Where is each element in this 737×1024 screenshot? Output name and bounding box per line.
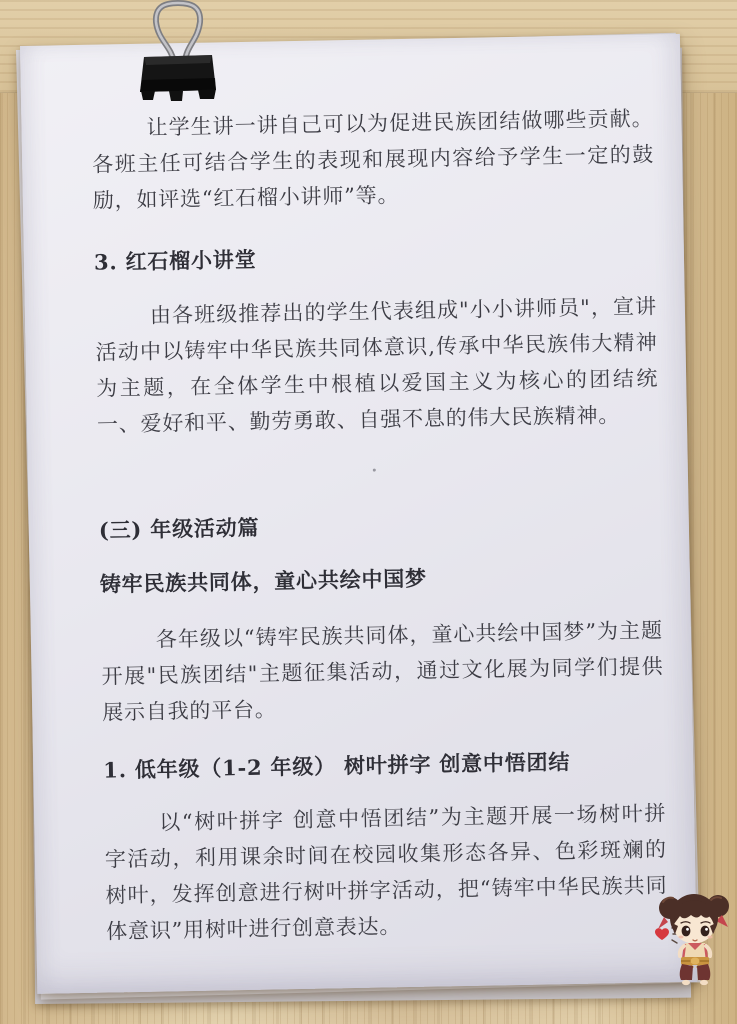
chibi-girl-sticker — [650, 884, 734, 988]
binder-clip-icon — [128, 0, 228, 104]
paragraph-lecture: 由各班级推荐出的学生代表组成"小小讲师员"，宣讲活动中以铸牢中华民族共同体意识,… — [95, 288, 660, 442]
heading-grade-activities-section: (三) 年级活动篇 — [99, 502, 662, 548]
document-page: 让学生讲一讲自己可以为促进民族团结做哪些贡献。各班主任可结合学生的表现和展现内容… — [20, 34, 697, 994]
paragraph-theme: 各年级以“铸牢民族共同体，童心共绘中国梦”为主题开展"民族团结"主题征集活动，通… — [101, 612, 665, 730]
heading-lower-grade-activity: 1. 低年级（1-2 年级） 树叶拼字 创意中悟团结 — [103, 742, 666, 788]
heading-theme-slogan: 铸牢民族共同体，童心共绘中国梦 — [100, 556, 663, 602]
paper-speck — [373, 469, 376, 472]
paragraph-intro: 让学生讲一讲自己可以为促进民族团结做哪些贡献。各班主任可结合学生的表现和展现内容… — [91, 100, 655, 218]
paragraph-leaf-activity: 以“树叶拼字 创意中悟团结”为主题开展一场树叶拼字活动，利用课余时间在校园收集形… — [104, 795, 669, 949]
document-text: 让学生讲一讲自己可以为促进民族团结做哪些贡献。各班主任可结合学生的表现和展现内容… — [20, 34, 696, 951]
heading-red-pomegranate-lecture: 3. 红石榴小讲堂 — [94, 234, 657, 280]
